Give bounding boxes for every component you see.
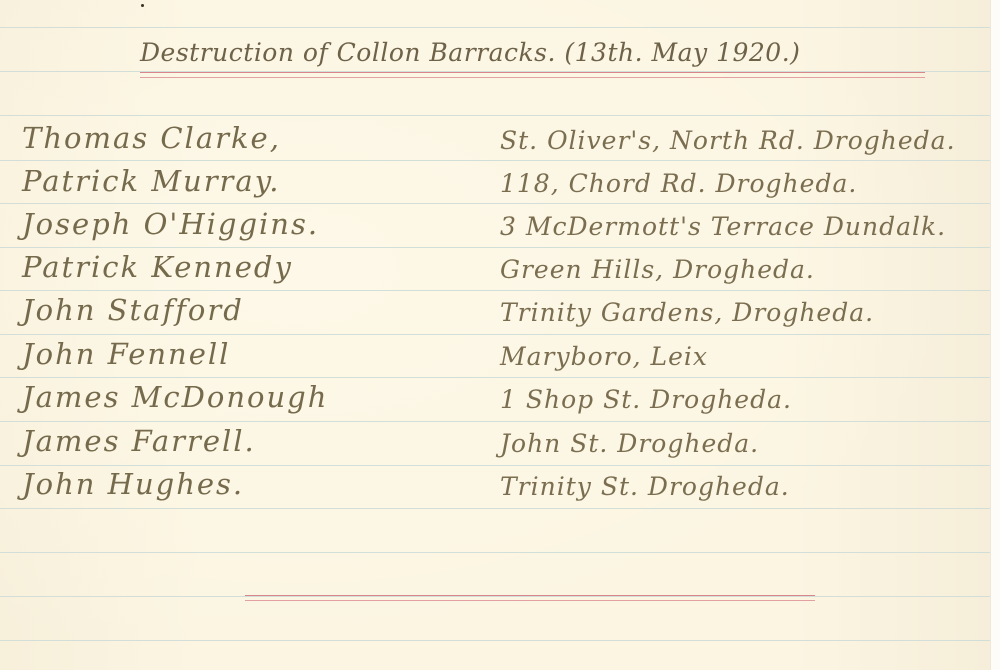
person-address: Trinity Gardens, Drogheda. — [500, 298, 874, 327]
list-item: Joseph O'Higgins. 3 McDermott's Terrace … — [0, 204, 990, 247]
list-item: John Fennell Maryboro, Leix — [0, 334, 990, 377]
person-address: 118, Chord Rd. Drogheda. — [500, 169, 857, 198]
ruled-line — [0, 640, 990, 641]
title-underline — [140, 72, 925, 78]
ruled-line — [0, 27, 990, 28]
person-address: Trinity St. Drogheda. — [500, 472, 790, 501]
person-name: John Stafford — [22, 293, 244, 327]
ruled-line — [0, 508, 990, 509]
person-address: 1 Shop St. Drogheda. — [500, 385, 792, 414]
ledger-page: Destruction of Collon Barracks. (13th. M… — [0, 0, 990, 670]
list-item: Patrick Murray. 118, Chord Rd. Drogheda. — [0, 161, 990, 204]
person-address: St. Oliver's, North Rd. Drogheda. — [500, 126, 956, 155]
person-name: Patrick Murray. — [22, 164, 280, 198]
person-name: Thomas Clarke, — [22, 121, 281, 155]
person-name: James McDonough — [22, 380, 328, 414]
list-item: Patrick Kennedy Green Hills, Drogheda. — [0, 247, 990, 290]
list-item: John Stafford Trinity Gardens, Drogheda. — [0, 290, 990, 333]
person-address: Maryboro, Leix — [500, 342, 708, 371]
page-edge — [990, 0, 1000, 670]
person-address: Green Hills, Drogheda. — [500, 255, 815, 284]
person-name: John Fennell — [22, 337, 230, 371]
person-address: John St. Drogheda. — [500, 429, 759, 458]
ruled-line — [0, 115, 990, 116]
person-name: Joseph O'Higgins. — [22, 207, 319, 241]
person-name: Patrick Kennedy — [22, 250, 293, 284]
person-name: James Farrell. — [22, 424, 256, 458]
list-item: James Farrell. John St. Drogheda. — [0, 421, 990, 464]
list-item: Thomas Clarke, St. Oliver's, North Rd. D… — [0, 118, 990, 161]
list-item: James McDonough 1 Shop St. Drogheda. — [0, 377, 990, 420]
person-address: 3 McDermott's Terrace Dundalk. — [500, 212, 946, 241]
page-title: Destruction of Collon Barracks. (13th. M… — [140, 38, 940, 67]
person-name: John Hughes. — [22, 467, 244, 501]
ruled-line — [0, 552, 990, 553]
list-item: John Hughes. Trinity St. Drogheda. — [0, 464, 990, 507]
ink-speck — [141, 4, 144, 7]
closing-rule — [245, 595, 815, 601]
